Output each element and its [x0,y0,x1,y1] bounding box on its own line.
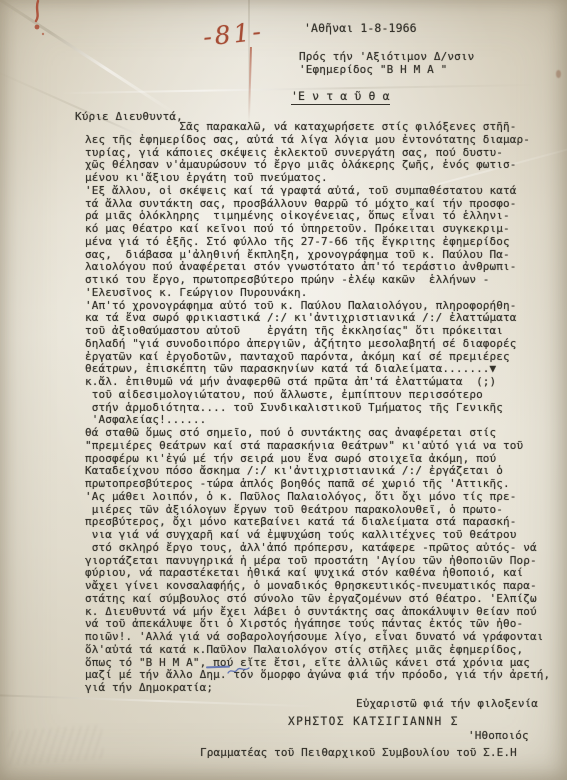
typed-line-18: δηλαδή "γιά συνοδοιπόρο ἀπεργιῶν, ἀζήτητ… [85,338,555,351]
letter-date: 'Αθῆναι 1-8-1966 [304,21,417,35]
signature-name: ΧΡΗΣΤΟΣ ΚΑΤΣΙΓΙΑΝΝΗ Σ [288,715,459,728]
blue-ink-squiggle [227,666,251,676]
typed-line-1: Σᾶς παρακαλῶ, νά καταχωρήσετε στίς φιλόξ… [85,121,555,134]
ink-speck [556,70,561,78]
recipient-line-1: Πρός τήν 'Αξιότιμον Δ/νσιν [299,50,474,63]
recipient-line-2: 'Εφημερίδος "Β Η Μ Α " [299,63,447,76]
typed-line-42: ὅλ'αὐτά τά κατά κ.Παῦλον Παλαιολόγον στί… [85,644,555,657]
closing-thanks: Εὐχαριστῶ φιά τήν φιλοξενία [356,697,538,710]
typed-line-10: μένα γιά τό ἑξῆς. Στό φύλλο τῆς 27-7-66 … [85,236,555,249]
typed-line-21: κ.ἄλ. ἐπιθυμῶ νά μήν ἀναφερθῶ στά πρῶτα … [85,376,555,389]
red-pencil-line [248,47,252,119]
scanned-letter-page: -81- 'Αθῆναι 1-8-1966 Πρός τήν 'Αξιότιμο… [0,0,567,780]
typed-line-6: 'Εξ ἄλλου, οἱ σκέψεις καί τά γραφτά αὐτά… [85,185,555,198]
typed-line-14: 'Ελευσῖνος κ. Γεώργιον Πυρουνάκη. [85,287,555,300]
typed-line-2: λες τῆς ἐφημερίδος σας, αὐτά τά λίγα λόγ… [85,134,555,147]
pencil-smudge [7,725,104,766]
paper-crease [0,694,320,707]
letter-body: Σᾶς παρακαλῶ, νά καταχωρήσετε στίς φιλόξ… [85,121,555,695]
place-line-entaftha: 'Ε ν τ α ῦ θ α [291,89,390,105]
typed-line-13: στικό του ἔργο, πρωτοπρεσβύτερο πρώην -ἐ… [85,274,555,287]
typed-line-17: τοῦ ἀξιοθαύμαστου αὐτοῦ ἐργάτη τῆς ἐκκλη… [85,325,555,338]
red-ink-stroke-topleft [22,0,62,42]
typed-line-26: "πρεμιέρες θεάτρων καί στά παρασκήνια θε… [85,440,555,453]
typed-line-30: 'Ας μάθει λοιπόν, ὁ κ. Παῦλος Παλαιολόγο… [85,491,555,504]
typed-line-25: θά σταθῶ ὅμως στό σημεῖο, πού ὁ συντάκτη… [85,427,555,440]
typed-line-34: στό σκληρό ἔργο τους, ἀλλ'ἀπό πρόπερσυ, … [85,542,555,555]
typed-line-22: τοῦ αἰδεσιμολογιώτατου, πού ἄλλωστε, ἐμπ… [85,389,555,402]
typed-line-38: στάτης καί σύμβουλος στό σύνολο τῶν ἐργα… [85,593,555,606]
typed-line-9: κό μας θέατρο καί κεῖνοι πού τό ὑπηρετοῦ… [85,223,555,236]
typed-line-37: νἄχει γίνει κονσαλαφήής, ὁ μοναδικός θρη… [85,580,555,593]
signature-role: Γραμματέας τοῦ Πειθαρχικοῦ Συμβουλίου το… [200,746,517,759]
typed-line-33: νια γιά νά συγχαρῆ καί νά ἐμψυχώση τούς … [85,529,555,542]
typed-line-5: μένου κι'ἄξιου ἐργάτη τοῦ πνεύματος. [85,172,555,185]
handwritten-page-number: -81- [202,13,295,51]
typed-line-45: γιά τήν Δημοκρατία; [85,682,555,695]
signature-title: 'Ηθοποιός [468,729,529,742]
typed-line-41: ποιῶν!. 'Αλλά γιά νά σοβαρολογήσουμε λίγ… [85,631,555,644]
typed-line-29: πρωτοπρεσβύτερος -τώρα ἁπλός βοηθός παπᾶ… [85,478,555,491]
